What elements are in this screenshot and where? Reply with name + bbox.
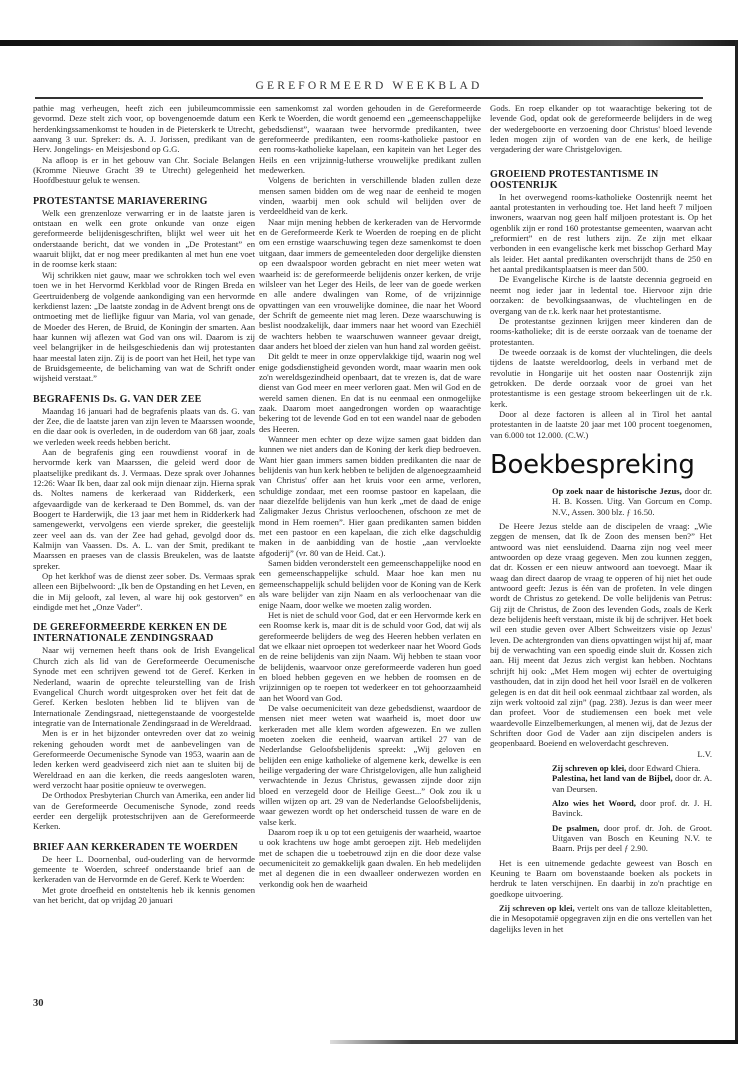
- paragraph: Met grote droefheid en ontsteltenis heb …: [33, 885, 255, 906]
- book-title: Zij schreven op klei,: [499, 903, 575, 913]
- running-head: GEREFORMEERD WEEKBLAD: [0, 80, 738, 92]
- paragraph: In het overwegend rooms-katholieke Ooste…: [490, 192, 712, 275]
- article-title: BEGRAFENIS Ds. G. VAN DER ZEE: [33, 394, 255, 405]
- paragraph: De heer L. Doornenbal, oud-ouderling van…: [33, 854, 255, 885]
- article-title: BRIEF AAN KERKERADEN TE WOERDEN: [33, 842, 255, 853]
- review-paragraph: Zij schreven op klei, vertelt ons van de…: [490, 903, 712, 934]
- paragraph: Daarom roep ik u op tot een getuigenis d…: [259, 827, 481, 889]
- paragraph: een samenkomst zal worden gehouden in de…: [259, 103, 481, 175]
- review-paragraph: De Heere Jezus stelde aan de discipelen …: [490, 521, 712, 749]
- paragraph: De valse oecumeniciteit van deze gebedsd…: [259, 703, 481, 827]
- paragraph: Dit geldt te meer in onze oppervlakkige …: [259, 351, 481, 434]
- paragraph: Het is niet de schuld voor God, dat er e…: [259, 610, 481, 703]
- paragraph: Op het kerkhof was de dienst zeer sober.…: [33, 571, 255, 612]
- book-reference: Op zoek naar de historische Jezus, door …: [552, 486, 712, 517]
- review-paragraph: Het is een uitnemende gedachte geweest v…: [490, 858, 712, 899]
- paragraph: Wanneer men echter op deze wijze samen g…: [259, 434, 481, 558]
- paragraph: Naar mijn mening hebben de kerkeraden va…: [259, 217, 481, 351]
- book-title: De psalmen,: [552, 823, 599, 833]
- book-reference: Zij schreven op klei, door Edward Chiera…: [552, 763, 712, 773]
- book-title: Palestina, het land van de Bijbel,: [552, 773, 673, 783]
- paragraph: Welk een grenzenloze verwarring er in de…: [33, 208, 255, 270]
- paragraph: Volgens de berichten in verschillende bl…: [259, 175, 481, 216]
- book-reference: Alzo wies het Woord, door prof. dr. J. H…: [552, 798, 712, 819]
- section-heading-boekbespreking: Boekbespreking: [490, 450, 712, 480]
- paragraph: Naar wij vernemen heeft thans ook de Iri…: [33, 645, 255, 728]
- review-signature-line: L.V.: [490, 749, 712, 759]
- column-3: Gods. En roep elkander op tot waarachtig…: [490, 103, 712, 934]
- paragraph: Gods. En roep elkander op tot waarachtig…: [490, 103, 712, 155]
- paragraph: Samen bidden veronderstelt een gemeensch…: [259, 558, 481, 610]
- header-rule: [35, 97, 703, 99]
- paragraph: De protestantse gezinnen krijgen meer ki…: [490, 316, 712, 347]
- article-title: DE GEREFORMEERDE KERKEN EN DE INTERNATIO…: [33, 622, 255, 644]
- column-2: een samenkomst zal worden gehouden in de…: [259, 103, 481, 889]
- bottom-page-rule: [330, 1040, 738, 1044]
- paragraph: Na afloop is er in het gebouw van Chr. S…: [33, 155, 255, 186]
- book-reference: De psalmen, door prof. dr. Joh. de Groot…: [552, 823, 712, 854]
- paragraph: Wij schrikken niet gauw, maar we schrokk…: [33, 270, 255, 384]
- top-page-rule: [0, 40, 738, 46]
- column-1: pathie mag verheugen, heeft zich een jub…: [33, 103, 255, 905]
- paragraph: De Evangelische Kirche is de laatste dec…: [490, 274, 712, 315]
- paragraph: Men is er in het bijzonder ontevreden ov…: [33, 728, 255, 790]
- book-title: Alzo wies het Woord,: [552, 798, 636, 808]
- paragraph: Aan de begrafenis ging een rouwdienst vo…: [33, 447, 255, 571]
- paragraph: Door al deze factoren is alleen al in Ti…: [490, 409, 712, 440]
- page-number: 30: [33, 998, 44, 1009]
- paragraph: De Orthodox Presbyterian Church van Amer…: [33, 790, 255, 831]
- book-title: Op zoek naar de historische Jezus,: [552, 486, 682, 496]
- review-signature: L.V.: [697, 749, 712, 759]
- paragraph: De tweede oorzaak is de komst der vlucht…: [490, 347, 712, 409]
- book-title: Zij schreven op klei,: [552, 763, 626, 773]
- paragraph: pathie mag verheugen, heeft zich een jub…: [33, 103, 255, 155]
- article-title: GROEIEND PROTESTANTISME IN OOSTENRIJK: [490, 169, 712, 191]
- book-details: door Edward Chiera.: [626, 763, 700, 773]
- paragraph: Maandag 16 januari had de begrafenis pla…: [33, 406, 255, 447]
- article-title: PROTESTANTSE MARIAVERERING: [33, 196, 255, 207]
- book-reference: Palestina, het land van de Bijbel, door …: [552, 773, 712, 794]
